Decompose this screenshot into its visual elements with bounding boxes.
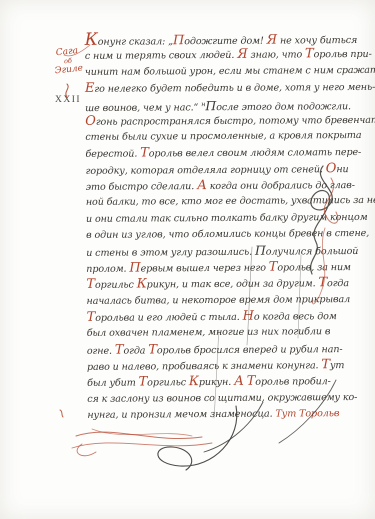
red-initial: Т (87, 310, 96, 325)
red-margin-mark-icon (60, 410, 63, 417)
red-initial: Т (139, 375, 148, 390)
text-segment: орольв, за ним (277, 262, 351, 274)
text-segment: олучился большой (266, 246, 359, 258)
manuscript-line: пролом. Первым вышел через него Торольв,… (86, 259, 338, 277)
red-initial: Я (267, 33, 277, 48)
red-initial: П (173, 33, 184, 48)
manuscript-line: ше воинов, чем у нас.“ нПосле этого дом … (85, 95, 337, 113)
text-segment: с ним и терять своих людей. (85, 50, 237, 62)
manuscript-line: и они стали так сильно толкать балку дру… (86, 210, 338, 228)
manuscript-line: городку, которая отделяла горницу от сен… (86, 161, 338, 179)
text-segment: началась битва, и некоторое время дом пр… (86, 294, 350, 307)
red-initial: П (129, 260, 140, 275)
text-segment: орольв пробил- (255, 376, 331, 388)
margin-title-line3: Эгиле (54, 64, 83, 77)
manuscript-line: был охвачен пламенем, многие из них поги… (87, 324, 339, 342)
text-segment: в один из углов, что обломились концы бр… (86, 228, 369, 241)
text-segment: это быстро сделали. (86, 181, 197, 193)
manuscript-line: ся к заслону из воинов со щитами, окружа… (87, 390, 339, 408)
text-segment: ся к заслону из воинов со щитами, окружа… (87, 392, 357, 405)
text-segment: о когда весь дом (254, 311, 337, 323)
manuscript-line: началась битва, и некоторое время дом пр… (86, 292, 338, 310)
text-segment: был убит (87, 378, 139, 389)
manuscript-line: и стены в этом углу разошлись. Получился… (86, 243, 338, 261)
text-segment: берестой. (85, 149, 140, 160)
red-initial: О (326, 161, 337, 176)
text-segment: рикун, и так все, один за другим. (147, 278, 319, 290)
manuscript-line: в один из углов, что обломились концы бр… (86, 226, 338, 244)
red-initial: А (234, 374, 244, 389)
text-segment: ут (330, 360, 345, 371)
text-segment: стены были сухие и просмоленные, а кровл… (85, 130, 361, 143)
text-segment: орольва и его людей с тыла. (95, 312, 242, 324)
red-initial: Т (305, 47, 314, 62)
text-segment: гонь распространялся быстро, потому что … (96, 114, 375, 127)
text-segment: ервым вышел через него (141, 262, 269, 274)
text-segment: раво и налево, пробиваясь к знамени кону… (87, 360, 321, 373)
text-segment: оргильс (95, 280, 137, 291)
red-initial: Т (318, 275, 327, 290)
text-segment: когда они добрались до глав- (207, 180, 355, 192)
text-segment: не хочу биться (277, 35, 357, 47)
red-initial: Т (247, 374, 256, 389)
text-segment: П (205, 99, 216, 114)
chapter-number: XXII (49, 95, 87, 105)
manuscript-line: Конунг сказал: „Подожгите дом! Я не хочу… (85, 30, 337, 48)
manuscript-line: Торгильс Крикун, и так все, один за друг… (86, 275, 338, 293)
text-segment: оргильс (147, 377, 189, 388)
text-segment: пролом. (86, 263, 129, 274)
text-segment: орольв бросился вперед и рубил нап- (157, 344, 343, 356)
text-segment: рикун. (199, 377, 234, 388)
red-initial: Н (243, 309, 254, 324)
text-segment: огне. (87, 345, 115, 356)
manuscript-page: Сага об Эгиле XXII Конунг сказал: „Подож… (0, 0, 375, 519)
text-segment: одожгите дом! (184, 36, 267, 48)
manuscript-line: Торольва и его людей с тыла. Но когда ве… (87, 308, 339, 326)
red-initial: К (85, 30, 98, 50)
text-segment: городку, которая отделяла горницу от сен… (86, 164, 326, 177)
text-segment: и стены в этом углу разошлись. (86, 247, 255, 259)
text-segment: орольв при- (314, 49, 372, 60)
text-segment: орольв велел своим людям сломать пере- (149, 147, 362, 159)
text-segment: знаю, что (248, 50, 306, 61)
manuscript-line: раво и налево, пробиваясь к знамени кону… (87, 357, 339, 375)
text-segment: и они стали так сильно толкать балку дру… (86, 212, 368, 225)
red-initial: О (85, 114, 96, 129)
manuscript-line: ной балки, то все, кто мог ее достать, у… (86, 194, 338, 212)
text-segment: ной балки, то все, кто мог ее достать, у… (86, 195, 375, 208)
red-initial: Т (148, 342, 157, 357)
manuscript-line: стены были сухие и просмоленные, а кровл… (85, 128, 337, 146)
red-initial: Т (115, 342, 124, 357)
red-initial: К (137, 277, 147, 292)
text-segment: го нелегко будет победить и в доме, хотя… (94, 82, 375, 95)
red-initial: А (197, 178, 207, 193)
manuscript-line: огне. Тогда Торольв бросился вперед и ру… (87, 341, 339, 359)
manuscript-line: нунга, и пронзил мечом знаменосца. Тут Т… (87, 406, 339, 424)
red-initial: Я (237, 47, 247, 62)
red-initial: Т (321, 357, 330, 372)
manuscript-line: Огонь распространялся быстро, потому что… (85, 112, 337, 130)
manuscript-line: Его нелегко будет победить и в доме, хот… (85, 79, 337, 97)
text-segment: чинит нам большой урон, если мы станем с… (85, 64, 375, 77)
red-initial: К (189, 374, 199, 389)
manuscript-line: берестой. Торольв велел своим людям слом… (85, 145, 337, 163)
manuscript-line: с ним и терять своих людей. Я знаю, что … (85, 46, 337, 64)
manuscript-lines: Конунг сказал: „Подожгите дом! Я не хочу… (85, 30, 340, 424)
text-segment: П (255, 243, 266, 258)
text-segment: огда (123, 345, 148, 356)
red-text-segment: Тут Торольв (275, 408, 339, 419)
text-segment: нунга, и пронзил мечом знаменосца. (87, 408, 275, 420)
text-segment: онунг сказал: „ (98, 36, 173, 48)
manuscript-line: был убит Торгильс Крикун. А Торольв проб… (87, 373, 339, 391)
manuscript-line: чинит нам большой урон, если мы станем с… (85, 63, 337, 81)
text-segment: ни (336, 164, 348, 175)
margin-saga-title: Сага об Эгиле (48, 45, 89, 78)
text-segment: был охвачен пламенем, многие из них поги… (87, 326, 331, 339)
red-initial: Т (86, 277, 95, 292)
text-segment: огда (327, 278, 349, 289)
red-initial: Т (269, 259, 278, 274)
manuscript-line: это быстро сделали. А когда они добралис… (86, 177, 338, 195)
